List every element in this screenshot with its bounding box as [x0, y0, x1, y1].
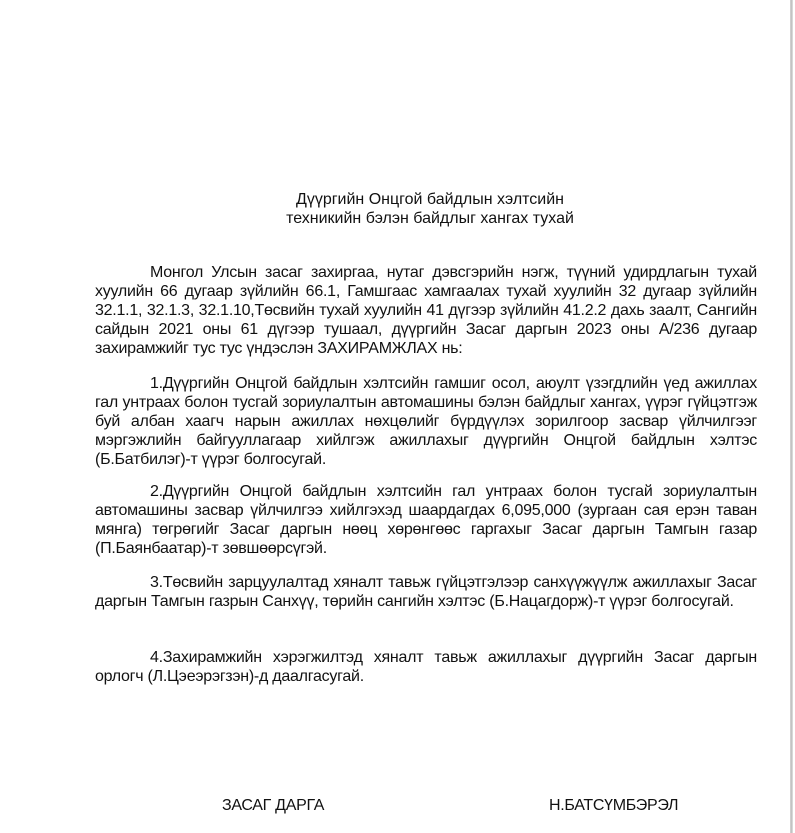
clause-1-paragraph: 1.Дүүргийн Онцгой байдлын хэлтсийн гамши…: [95, 374, 757, 469]
page-edge-border: [790, 0, 793, 833]
paragraph-text: 4.Захирамжийн хэрэгжилтэд хяналт тавьж а…: [95, 648, 757, 686]
document-page: Дүүргийн Онцгой байдлын хэлтсийн техники…: [0, 0, 790, 833]
paragraph-text: 2.Дүүргийн Онцгой байдлын хэлтсийн гал у…: [95, 482, 757, 558]
paragraph-text: 3.Төсвийн зарцуулалтад хяналт тавьж гүйц…: [95, 573, 757, 611]
preamble-paragraph: Монгол Улсын засаг захиргаа, нутаг дэвсг…: [95, 263, 757, 358]
document-title: Дүүргийн Онцгой байдлын хэлтсийн техники…: [200, 190, 660, 228]
signatory-position: ЗАСАГ ДАРГА: [222, 796, 324, 815]
signatory-name: Н.БАТСҮМБЭРЭЛ: [549, 796, 678, 815]
paragraph-text: 1.Дүүргийн Онцгой байдлын хэлтсийн гамши…: [95, 374, 757, 469]
clause-2-paragraph: 2.Дүүргийн Онцгой байдлын хэлтсийн гал у…: [95, 482, 757, 558]
paragraph-text: Монгол Улсын засаг захиргаа, нутаг дэвсг…: [95, 263, 757, 358]
clause-4-paragraph: 4.Захирамжийн хэрэгжилтэд хяналт тавьж а…: [95, 648, 757, 686]
clause-3-paragraph: 3.Төсвийн зарцуулалтад хяналт тавьж гүйц…: [95, 573, 757, 611]
